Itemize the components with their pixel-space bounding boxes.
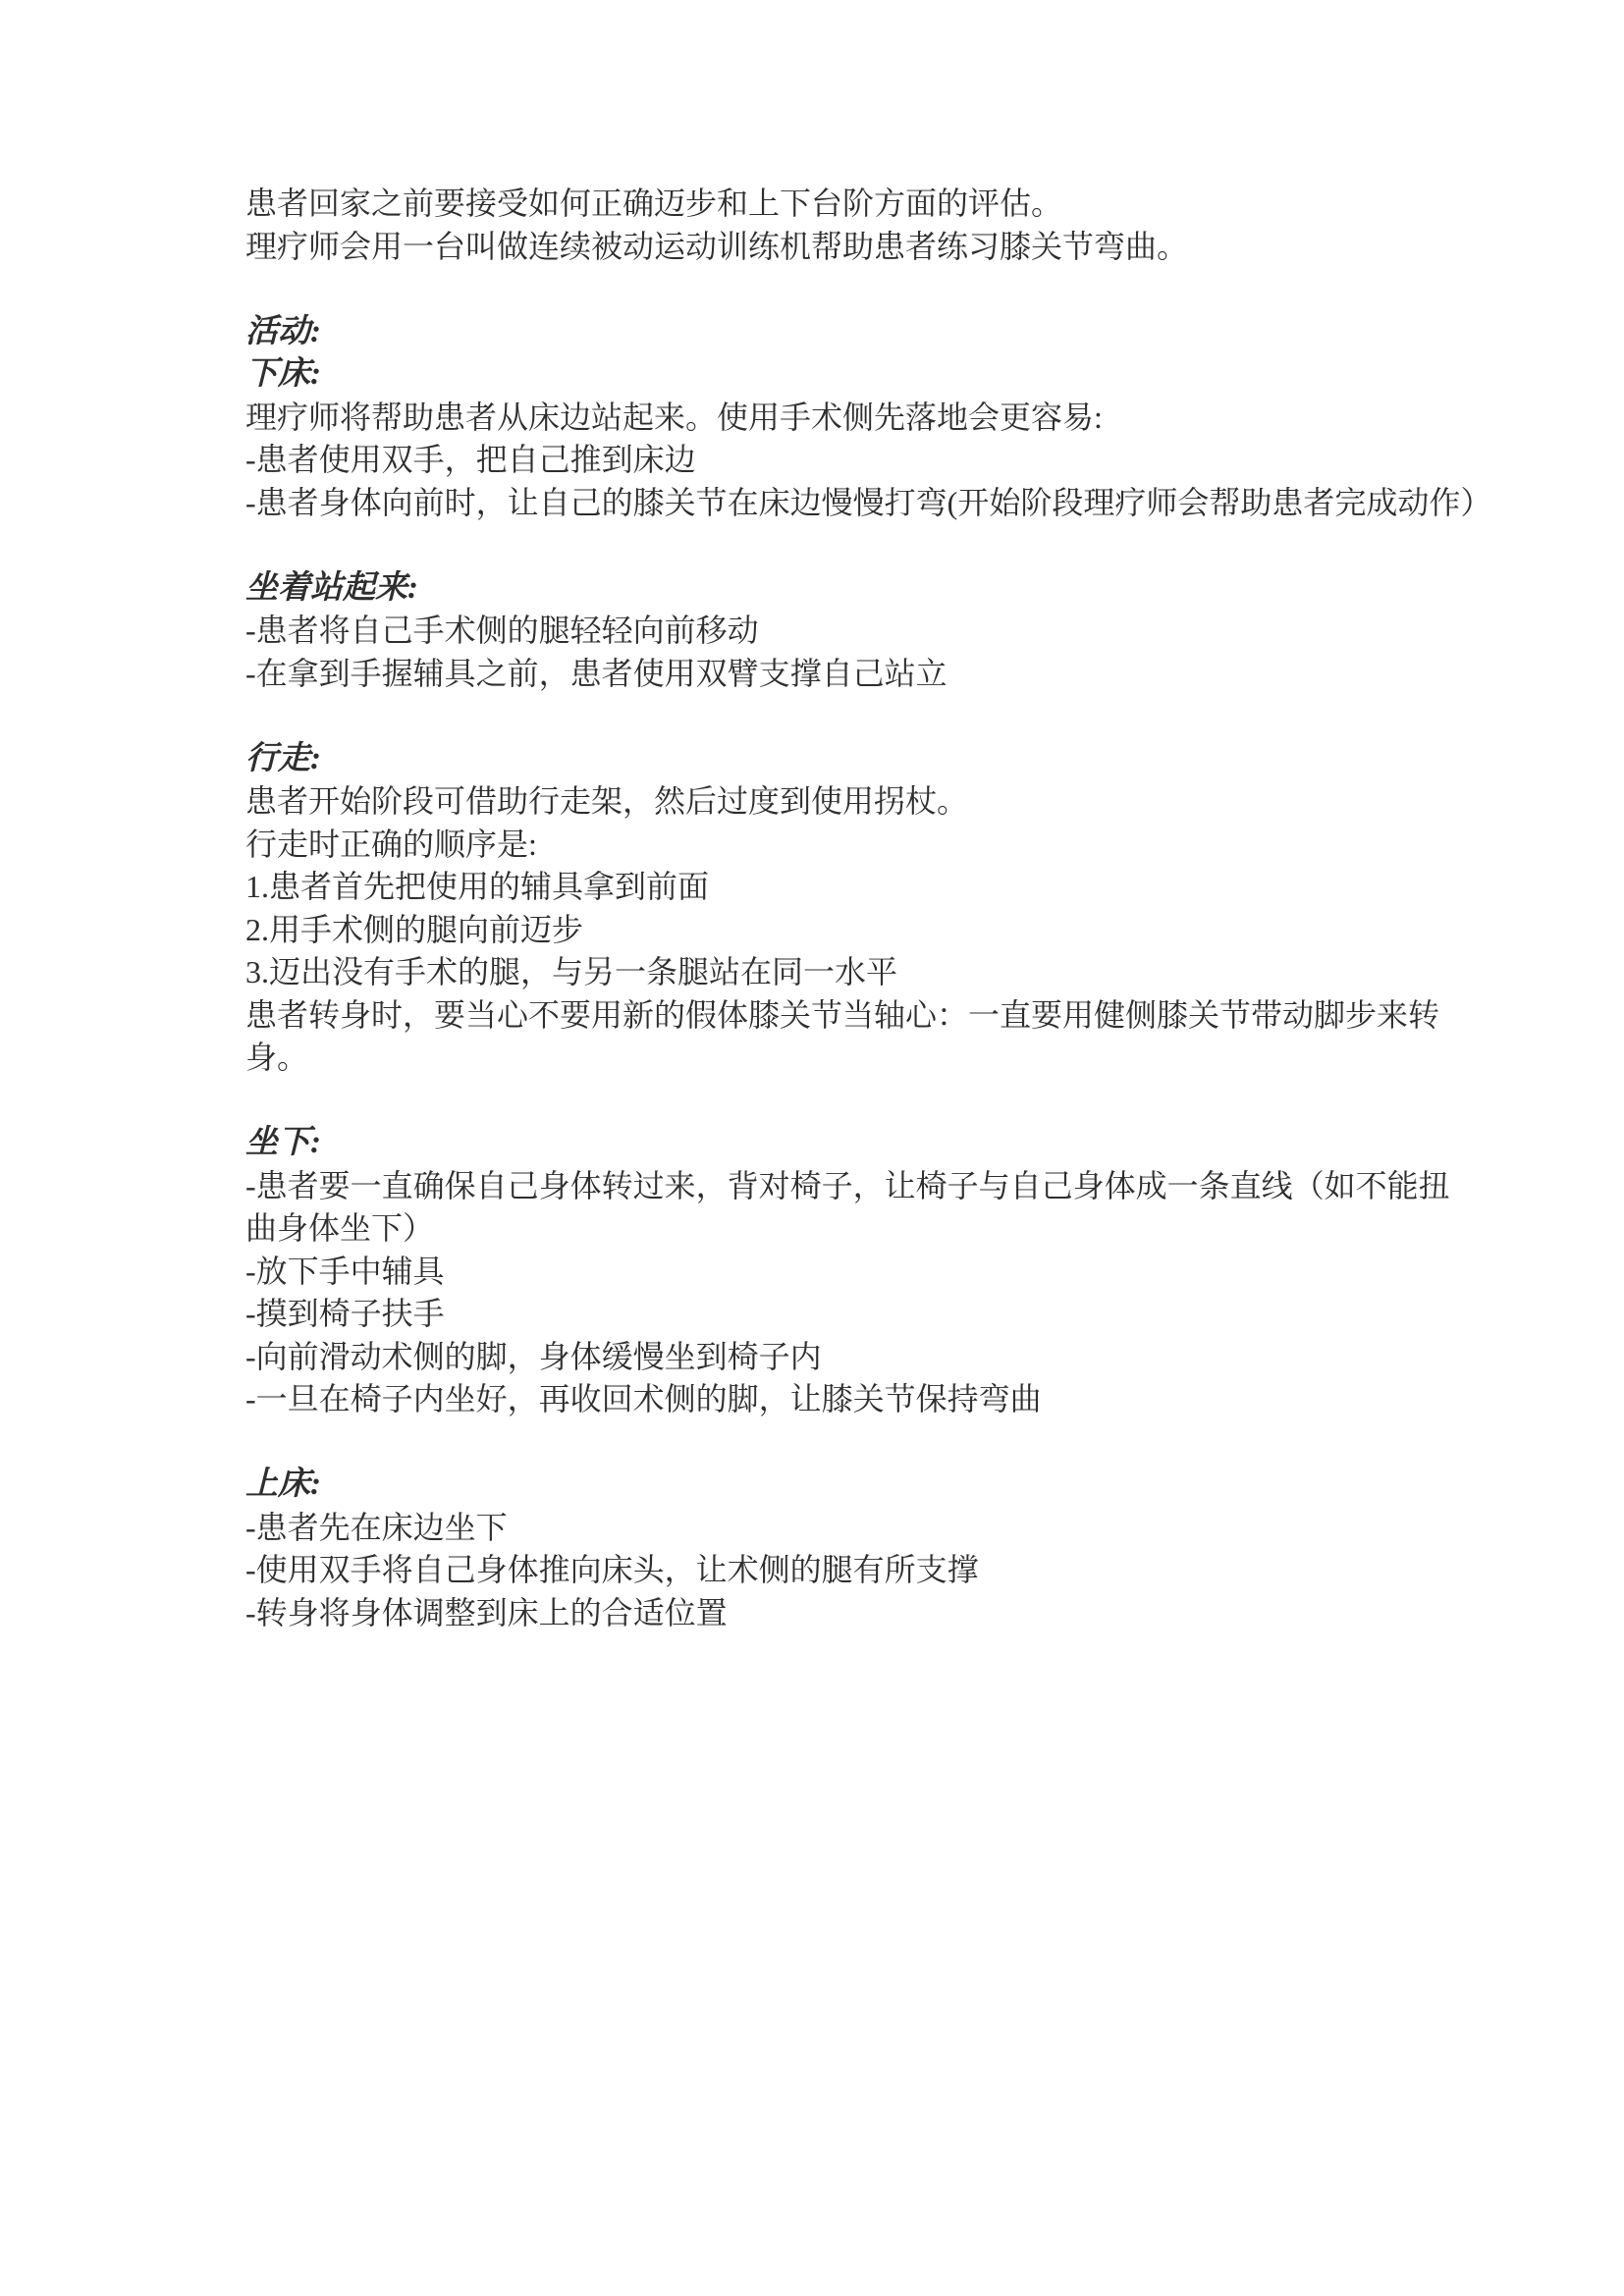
text-line: -患者使用双手，把自己推到床边 — [245, 439, 1479, 482]
text-line: -摸到椅子扶手 — [245, 1293, 1479, 1336]
text-line: 患者回家之前要接受如何正确迈步和上下台阶方面的评估。 — [245, 183, 1479, 226]
text-line: -患者将自己手术侧的腿轻轻向前移动 — [245, 610, 1479, 653]
section-heading: 行走: — [245, 738, 1479, 781]
text-line: -患者要一直确保自己身体转过来，背对椅子，让椅子与自己身体成一条直线（如不能扭曲… — [245, 1165, 1479, 1251]
text-line: -使用双手将自己身体推向床头，让术侧的腿有所支撑 — [245, 1549, 1479, 1592]
text-line: 理疗师会用一台叫做连续被动运动训练机帮助患者练习膝关节弯曲。 — [245, 226, 1479, 269]
text-line: -一旦在椅子内坐好，再收回术侧的脚，让膝关节保持弯曲 — [245, 1378, 1479, 1421]
document-content: 患者回家之前要接受如何正确迈步和上下台阶方面的评估。理疗师会用一台叫做连续被动运… — [245, 183, 1479, 1634]
text-line: -转身将身体调整到床上的合适位置 — [245, 1592, 1479, 1635]
text-line: -患者先在床边坐下 — [245, 1507, 1479, 1550]
text-line: -在拿到手握辅具之前，患者使用双臂支撑自己站立 — [245, 653, 1479, 696]
text-line: 理疗师将帮助患者从床边站起来。使用手术侧先落地会更容易: — [245, 397, 1479, 440]
text-line: 3.迈出没有手术的腿，与另一条腿站在同一水平 — [245, 951, 1479, 994]
document-page: 患者回家之前要接受如何正确迈步和上下台阶方面的评估。理疗师会用一台叫做连续被动运… — [0, 0, 1624, 2296]
text-line: -患者身体向前时，让自己的膝关节在床边慢慢打弯(开始阶段理疗师会帮助患者完成动作… — [245, 482, 1479, 525]
text-line: -向前滑动术侧的脚，身体缓慢坐到椅子内 — [245, 1336, 1479, 1379]
section-heading: 下床: — [245, 353, 1479, 397]
text-line: 2.用手术侧的腿向前迈步 — [245, 909, 1479, 952]
section-heading: 上床: — [245, 1464, 1479, 1507]
text-line: 1.患者首先把使用的辅具拿到前面 — [245, 866, 1479, 909]
text-line: 患者开始阶段可借助行走架，然后过度到使用拐杖。 — [245, 780, 1479, 824]
section-heading: 坐下: — [245, 1122, 1479, 1165]
text-line: -放下手中辅具 — [245, 1251, 1479, 1294]
text-line: 行走时正确的顺序是: — [245, 824, 1479, 867]
text-line: 患者转身时，要当心不要用新的假体膝关节当轴心：一直要用健侧膝关节带动脚步来转身。 — [245, 994, 1479, 1080]
section-heading: 活动: — [245, 311, 1479, 354]
section-heading: 坐着站起来: — [245, 567, 1479, 611]
